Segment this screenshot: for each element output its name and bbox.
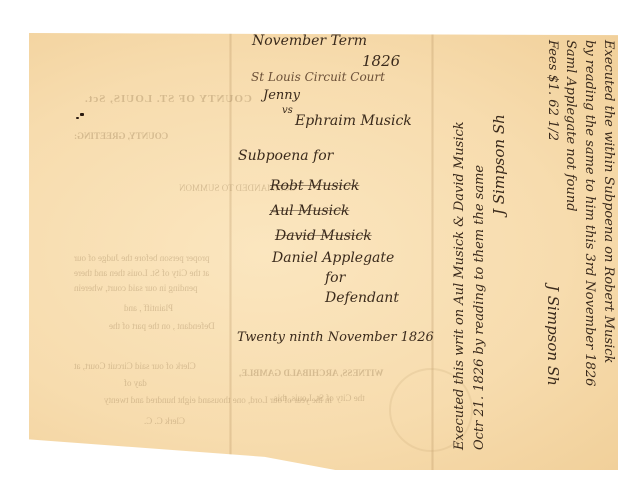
sheriff-signature-1: J Simpson Sh [490,114,508,215]
return2-line-1: Executed the within Subpoena on Robert M… [601,40,616,363]
versus-display: vs [282,105,293,116]
ink-blot [76,117,79,119]
return2-line-2: by reading the same to him this 3rd Nove… [582,40,597,386]
party-label: Defendant [325,290,399,306]
defendant-display: Ephraim Musick [295,113,412,129]
bleed-line: WITNESS, ARCHIBALD GAMBLE, [239,368,384,378]
term-year-display: 1826 [362,52,400,70]
witness-daniel-applegate: Daniel Applegate [272,250,394,266]
bleed-line: Defendant , on the part of the [109,321,215,331]
issued-date: Twenty ninth November 1826 [237,330,434,345]
bleed-greeting: COUNTY, GREETING: [74,131,168,141]
plaintiff-display: Jenny [263,88,300,103]
bleed-header: COUNTY OF ST. LOUIS, Sct. [84,93,252,105]
witness-aul-musick: Aul Musick [270,203,349,219]
court-name-display: St Louis Circuit Court [251,70,385,84]
return-line-1: Executed this writ on Aul Musick & David… [452,121,467,450]
bleed-line: in the year of our Lord, one thousand ei… [104,395,332,405]
bleed-line: pending in our said court, wherein [74,283,197,293]
witness-david-musick: David Musick [275,228,372,244]
for-label: for [325,270,345,286]
bleed-line: at the City of St. Louis then and there [74,268,209,278]
bleed-line: proper person before the Judge of our [74,253,209,263]
fees-note: Fees $1. 62 1/2 [545,40,560,141]
bleed-line: Clerk of our said Circuit Court, at [74,361,196,371]
return2-line-3: Saml Applegate not found [563,40,578,212]
sheriff-signature-2: J Simpson Sh [544,285,562,386]
bleed-line: day of [124,378,147,388]
ink-blot [80,113,84,116]
witness-robt-musick: Robt Musick [270,178,359,194]
bleed-line: Plaintiff , and [124,303,173,313]
term-label-display: November Term [252,33,367,49]
bleed-line: Clerk C. C. [144,416,185,426]
return-line-2: Octr 21. 1826 by reading to them the sam… [472,165,487,450]
subpoena-heading: Subpoena for [238,148,333,164]
